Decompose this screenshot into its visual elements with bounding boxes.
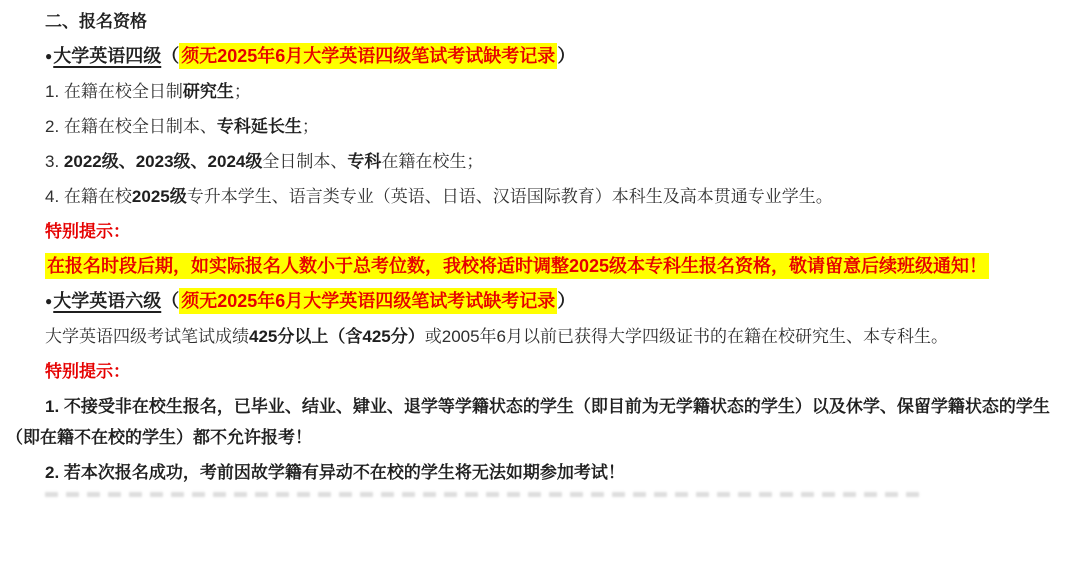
bullet-icon: ● [45,49,53,63]
text-segment: 2025级 [132,187,187,206]
text-segment: （ [161,291,179,311]
text-segment: ； [234,82,251,101]
section-heading: 二、报名资格 [6,6,1062,37]
text-segment: 特别提示： [45,222,130,241]
text-segment: ） [557,291,575,311]
text-segment: 2022级、2023级、2024级 [64,152,262,171]
cet4-bullet-title: ●大学英语四级（须无2025年6月大学英语四级笔试考试缺考记录） [6,41,1062,72]
text-segment: 2. 在籍在校全日制本、 [45,117,217,136]
text-segment: 专科 [347,152,381,171]
quota-adjustment-notice: 在报名时段后期，如实际报名人数小于总考位数，我校将适时调整2025级本专科生报名… [6,251,1062,282]
clipped-next-line-artifact [45,492,925,497]
note-item-2: 2. 若本次报名成功，考前因故学籍有异动不在校的学生将无法如期参加考试！ [6,457,1062,488]
special-note-label-2: 特别提示： [6,356,1062,387]
text-segment: ； [302,117,319,136]
text-segment: 在报名时段后期，如实际报名人数小于总考位数，我校将适时调整2025级本专科生报名… [45,253,989,279]
cet4-item-4: 4. 在籍在校2025级专升本学生、语言类专业（英语、日语、汉语国际教育）本科生… [6,181,1062,212]
special-note-label-1: 特别提示： [6,216,1062,247]
text-segment: 大学英语四级 [53,46,161,66]
text-segment: 4. 在籍在校 [45,187,132,206]
text-segment: 特别提示： [45,362,130,381]
cet4-item-2: 2. 在籍在校全日制本、专科延长生； [6,111,1062,142]
text-segment: 须无2025年6月大学英语四级笔试考试缺考记录 [179,288,557,314]
text-segment: （ [161,46,179,66]
text-segment: 全日制本、 [262,152,347,171]
page: { "page": { "background": "#ffffff", "te… [0,0,1080,574]
text-segment: 专科延长生 [217,117,302,136]
text-segment: 在籍在校生； [381,152,483,171]
text-segment: 大学英语六级 [53,291,161,311]
text-segment: 专升本学生、语言类专业（英语、日语、汉语国际教育）本科生及高本贯通专业学生。 [187,187,833,206]
text-segment: 1. 不接受非在校生报名，已毕业、结业、肄业、退学等学籍状态的学生（即目前为无学… [6,397,1050,447]
text-segment: ） [557,46,575,66]
text-segment: 二、报名资格 [45,12,147,31]
text-segment: 或2005年6月以前已获得大学四级证书的在籍在校研究生、本专科生。 [425,327,948,346]
text-segment: 425分以上（含425分） [249,327,425,346]
text-segment: 研究生 [183,82,234,101]
text-segment: 大学英语四级考试笔试成绩 [45,327,249,346]
cet6-bullet-title: ●大学英语六级（须无2025年6月大学英语四级笔试考试缺考记录） [6,286,1062,317]
text-segment: 1. 在籍在校全日制 [45,82,183,101]
cet6-requirement: 大学英语四级考试笔试成绩425分以上（含425分）或2005年6月以前已获得大学… [6,321,1062,352]
text-segment: 2. 若本次报名成功，考前因故学籍有异动不在校的学生将无法如期参加考试！ [45,463,625,482]
note-item-1: 1. 不接受非在校生报名，已毕业、结业、肄业、退学等学籍状态的学生（即目前为无学… [6,391,1062,453]
cet4-item-1: 1. 在籍在校全日制研究生； [6,76,1062,107]
document-body: 二、报名资格●大学英语四级（须无2025年6月大学英语四级笔试考试缺考记录）1.… [0,0,1080,488]
cet4-item-3: 3. 2022级、2023级、2024级全日制本、专科在籍在校生； [6,146,1062,177]
bullet-icon: ● [45,294,53,308]
text-segment: 须无2025年6月大学英语四级笔试考试缺考记录 [179,43,557,69]
text-segment: 3. [45,152,64,171]
